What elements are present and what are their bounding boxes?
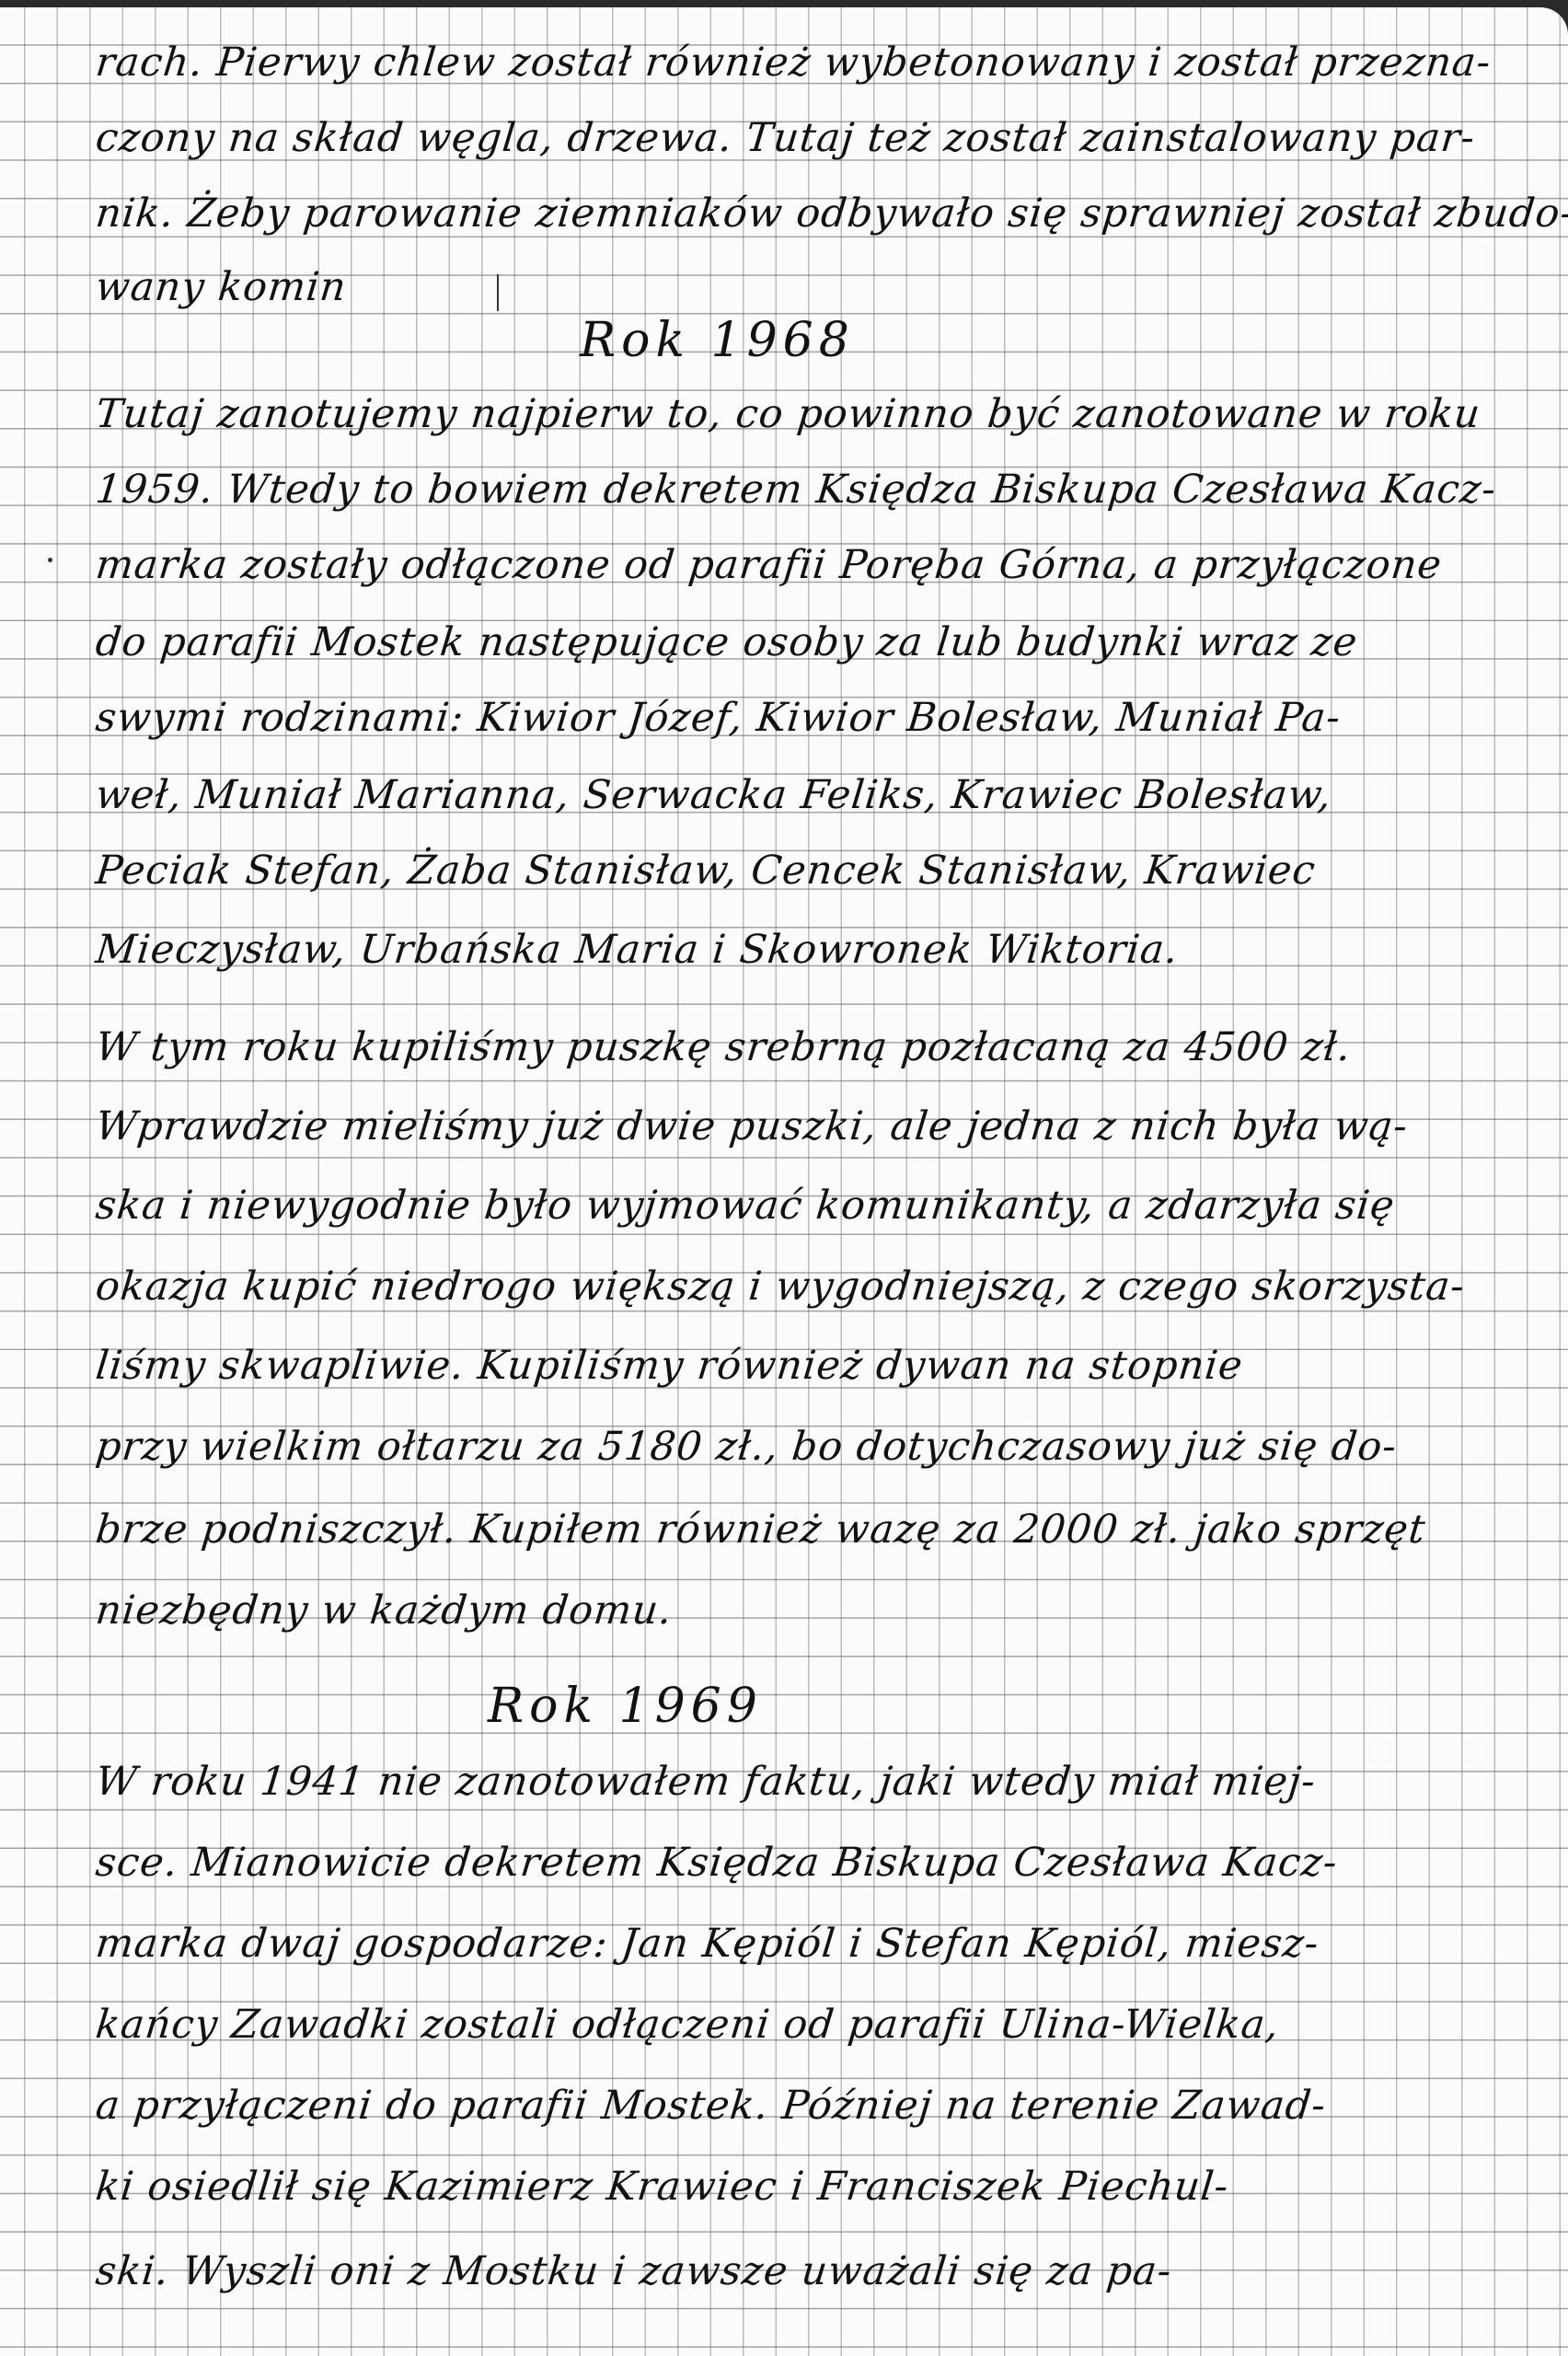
pen-mark <box>497 274 499 311</box>
text-line: swymi rodzinami: Kiwior Józef, Kiwior Bo… <box>92 681 1535 755</box>
notebook-page: rach. Pierwy chlew został również wybeto… <box>0 7 1568 2356</box>
handwritten-text-area: rach. Pierwy chlew został również wybeto… <box>0 7 1568 2356</box>
text-line: kańcy Zawadki zostali odłączeni od paraf… <box>92 1988 1535 2061</box>
text-line: marka zostały odłączone od parafii Poręb… <box>92 528 1535 602</box>
text-line: W roku 1941 nie zanotowałem faktu, jaki … <box>92 1745 1535 1819</box>
text-line: czony na skład węgla, drzewa. Tutaj też … <box>92 101 1535 175</box>
text-line: ki osiedlił się Kazimierz Krawiec i Fran… <box>92 2150 1535 2223</box>
section-heading-1968: Rok 1968 <box>580 304 855 377</box>
text-line: Tutaj zanotujemy najpierw to, co powinno… <box>92 377 1535 451</box>
text-line: a przyłączeni do parafii Mostek. Później… <box>92 2069 1535 2142</box>
text-line: weł, Muniał Marianna, Serwacka Feliks, K… <box>92 758 1535 832</box>
text-line: rach. Pierwy chlew został również wybeto… <box>92 26 1535 99</box>
text-line: brze podniszczył. Kupiłem również wazę z… <box>92 1493 1535 1566</box>
text-line: Peciak Stefan, Żaba Stanisław, Cencek St… <box>92 834 1535 907</box>
text-line: 1959. Wtedy to bowiem dekretem Księdza B… <box>92 453 1535 526</box>
text-line: przy wielkim ołtarzu za 5180 zł., bo dot… <box>92 1410 1535 1484</box>
text-line: do parafii Mostek następujące osoby za l… <box>92 606 1535 679</box>
section-heading-1969: Rok 1969 <box>488 1669 763 1743</box>
text-line: okazja kupić niedrogo większą i wygodnie… <box>92 1250 1535 1323</box>
text-line: marka dwaj gospodarze: Jan Kępiól i Stef… <box>92 1907 1535 1981</box>
text-line: Wprawdzie mieliśmy już dwie puszki, ale … <box>92 1090 1535 1163</box>
text-line: liśmy skwapliwie. Kupiliśmy również dywa… <box>92 1329 1535 1403</box>
text-line: nik. Żeby parowanie ziemniaków odbywało … <box>92 177 1535 250</box>
text-line: niezbędny w każdym domu. <box>92 1574 1535 1647</box>
margin-dot <box>48 558 52 562</box>
text-line: ski. Wyszli oni z Mostku i zawsze uważal… <box>92 2235 1535 2308</box>
text-line: ska i niewygodnie było wyjmować komunika… <box>92 1169 1535 1242</box>
text-line: W tym roku kupiliśmy puszkę srebrną pozł… <box>92 1011 1535 1084</box>
text-line: Mieczysław, Urbańska Maria i Skowronek W… <box>92 913 1535 987</box>
text-line: sce. Mianowicie dekretem Księdza Biskupa… <box>92 1826 1535 1900</box>
